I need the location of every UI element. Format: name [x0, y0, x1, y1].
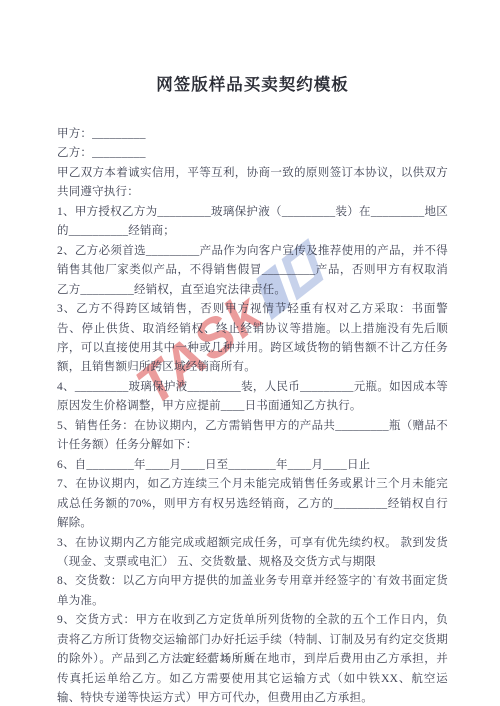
clause-3b: 3、在协议期内乙方能完成或超额完成任务，可享有优先续约权。 款到发货（现金、支票…	[57, 534, 448, 573]
document-body: 甲方：_________ 乙方：_________ 甲乙双方本着诚实信用，平等互…	[57, 125, 448, 706]
clause-1: 1、甲方授权乙方为_________玻璃保护液（_________装）在____…	[57, 203, 448, 242]
clause-6: 6、自________年____月____日至________年____月___…	[57, 456, 448, 475]
clause-5: 5、销售任务：在协议期内，乙方需销售甲方的产品共_________瓶（赠品不计任…	[57, 417, 448, 456]
clause-8: 8、交货数：以乙方向甲方提供的加盖业务专用章并经签字的`有效书面定货单为准。	[57, 572, 448, 611]
party-a-line: 甲方：_________	[57, 125, 448, 144]
preamble: 甲乙双方本着诚实信用，平等互利，协商一致的原则签订本协议，以供双方共同遵守执行：	[57, 164, 448, 203]
clause-3: 3、乙方不得跨区域销售，否则甲方视情节轻重有权对乙方采取：书面警告、停止供货、取…	[57, 300, 448, 378]
contract-page: TASk 网签版样品买卖契约模板 甲方：_________ 乙方：_______…	[0, 0, 500, 706]
page-number-footer: 第 1 页 共 3 页	[0, 652, 437, 665]
clause-4: 4、_________玻璃保护液_________装，人民币_________元…	[57, 378, 448, 417]
clause-2: 2、乙方必须首选_________产品作为向客户宣传及推荐使用的产品，并不得销售…	[57, 242, 448, 300]
party-b-line: 乙方：_________	[57, 144, 448, 163]
clause-7: 7、在协议期内，如乙方连续三个月未能完成销售任务或累计三个月未能完成总任务额的7…	[57, 475, 448, 533]
document-title: 网签版样品买卖契约模板	[57, 71, 448, 95]
